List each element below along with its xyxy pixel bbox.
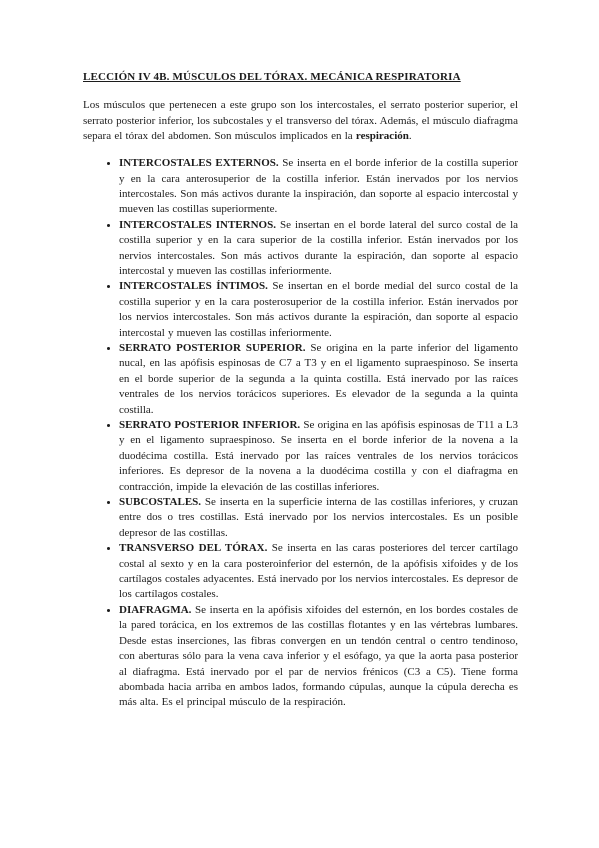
page-title: LECCIÓN IV 4B. MÚSCULOS DEL TÓRAX. MECÁN…: [83, 70, 518, 84]
list-item: DIAFRAGMA. Se inserta en la apófisis xif…: [119, 603, 518, 711]
list-item: SERRATO POSTERIOR SUPERIOR. Se origina e…: [119, 341, 518, 418]
list-item: SUBCOSTALES. Se inserta en la superficie…: [119, 495, 518, 541]
document-page: LECCIÓN IV 4B. MÚSCULOS DEL TÓRAX. MECÁN…: [0, 0, 599, 848]
muscle-name: SUBCOSTALES.: [119, 496, 201, 508]
list-item: INTERCOSTALES ÍNTIMOS. Se insertan en el…: [119, 279, 518, 341]
document-content: LECCIÓN IV 4B. MÚSCULOS DEL TÓRAX. MECÁN…: [83, 70, 518, 711]
list-item: SERRATO POSTERIOR INFERIOR. Se origina e…: [119, 418, 518, 495]
muscle-name: SERRATO POSTERIOR INFERIOR.: [119, 419, 300, 431]
intro-paragraph: Los músculos que pertenecen a este grupo…: [83, 98, 518, 145]
muscle-name: TRANSVERSO DEL TÓRAX.: [119, 542, 267, 554]
list-item: INTERCOSTALES EXTERNOS. Se inserta en el…: [119, 156, 518, 218]
muscle-name: INTERCOSTALES INTERNOS.: [119, 219, 276, 231]
muscle-list: INTERCOSTALES EXTERNOS. Se inserta en el…: [83, 156, 518, 711]
list-item: INTERCOSTALES INTERNOS. Se insertan en e…: [119, 218, 518, 280]
muscle-name: SERRATO POSTERIOR SUPERIOR.: [119, 342, 305, 354]
muscle-name: INTERCOSTALES EXTERNOS.: [119, 157, 279, 169]
list-item: TRANSVERSO DEL TÓRAX. Se inserta en las …: [119, 541, 518, 603]
intro-text: Los músculos que pertenecen a este grupo…: [83, 99, 518, 142]
muscle-name: DIAFRAGMA.: [119, 604, 191, 616]
muscle-name: INTERCOSTALES ÍNTIMOS.: [119, 280, 268, 292]
muscle-description: Se inserta en la apófisis xifoides del e…: [119, 604, 518, 708]
intro-bold-term: respiración: [356, 130, 409, 142]
intro-suffix: .: [409, 130, 412, 142]
